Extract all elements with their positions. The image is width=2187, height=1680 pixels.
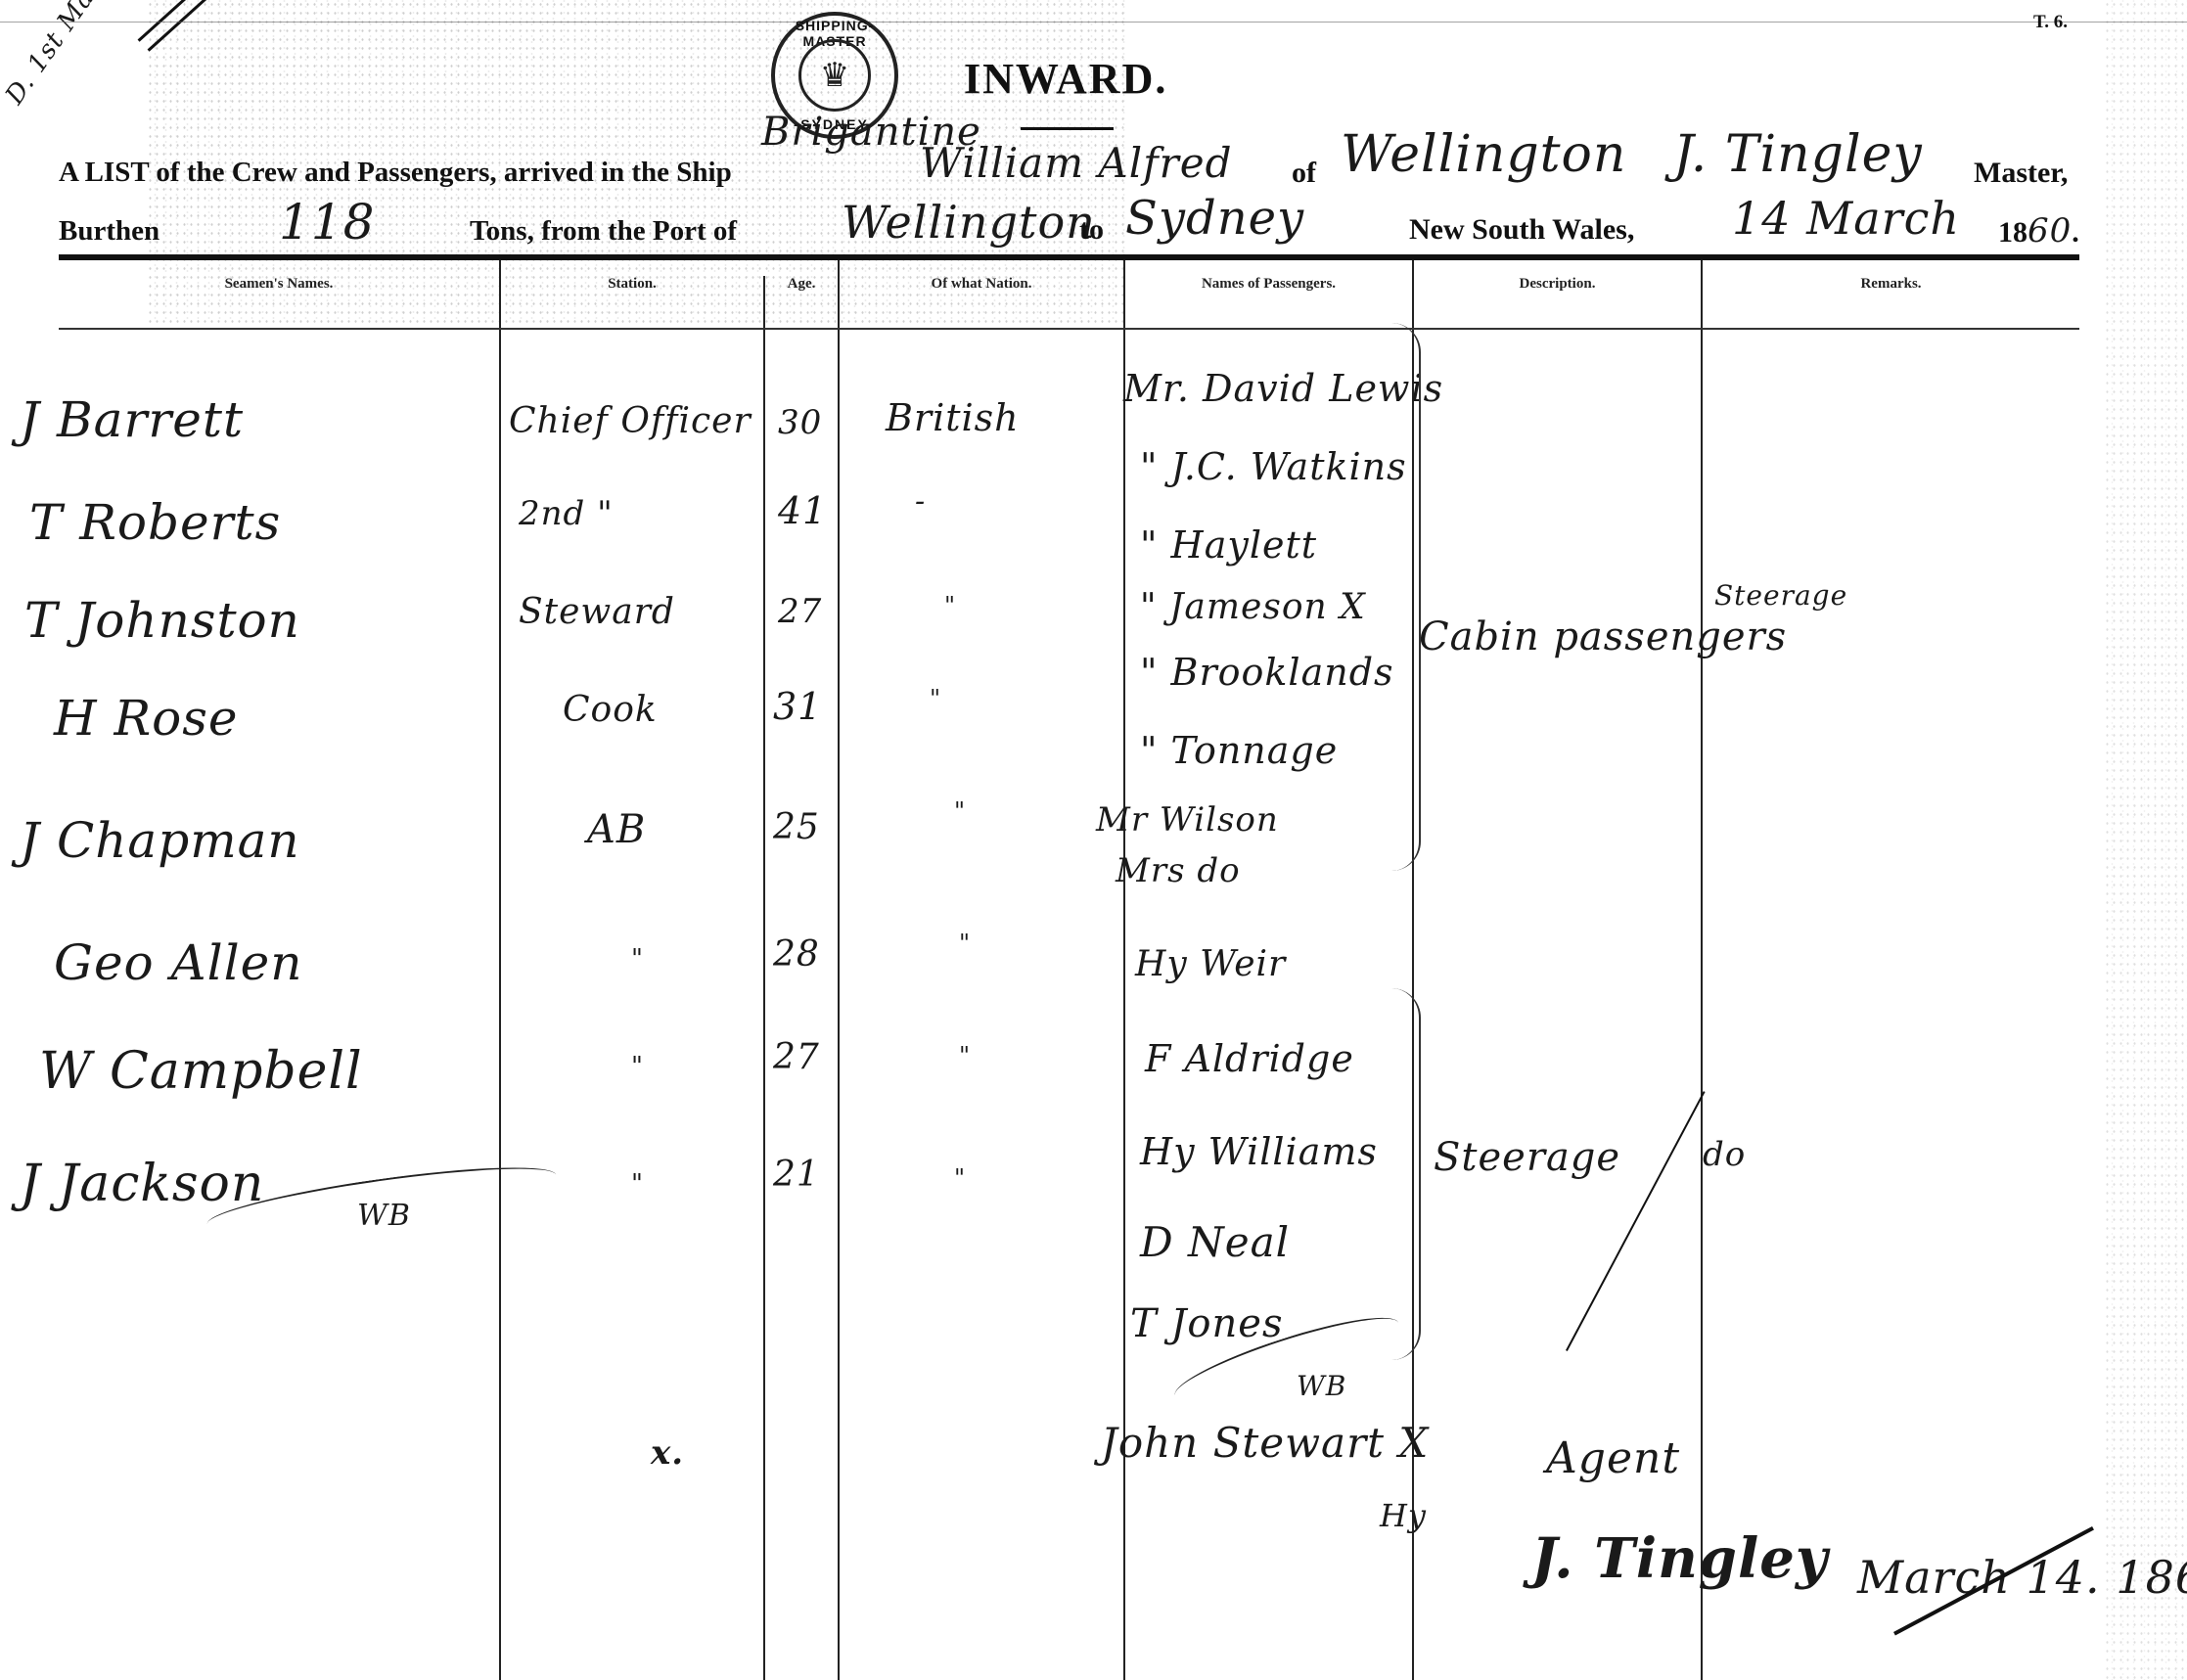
- top-dashed-line: [0, 22, 2187, 23]
- description-steerage: Steerage: [1434, 1135, 1620, 1180]
- paper-speckle-right: [2104, 0, 2187, 1680]
- burthen-value: 118: [279, 194, 375, 250]
- passenger-name: Hy Williams: [1140, 1130, 1378, 1173]
- crew-age: 41: [778, 489, 827, 532]
- crew-age: 27: [773, 1037, 820, 1077]
- crew-station: ": [631, 944, 644, 974]
- crew-age: 27: [778, 592, 822, 631]
- passenger-name: F Aldridge: [1145, 1037, 1354, 1080]
- crew-age: 21: [773, 1155, 820, 1195]
- remarks-cabin: Steerage: [1714, 579, 1847, 612]
- year-suffix: .: [2072, 216, 2079, 249]
- crew-station: 2nd ": [519, 494, 614, 533]
- passenger-name: " Brooklands: [1140, 651, 1394, 694]
- header-thick-rule: [59, 254, 2079, 260]
- description-cabin: Cabin passengers: [1419, 614, 1787, 659]
- year-printed: 18: [1998, 216, 2028, 249]
- col-divider-station: [499, 260, 501, 1680]
- crew-name: Geo Allen: [54, 934, 302, 991]
- crew-nation: ": [959, 930, 971, 957]
- crew-age: 25: [773, 807, 820, 847]
- agent-signature-label: Agent: [1546, 1433, 1680, 1483]
- crew-station: AB: [587, 807, 646, 852]
- crew-name: J Barrett: [20, 391, 244, 448]
- col-header-passenger-names: Names of Passengers.: [1125, 276, 1412, 293]
- master-name: J. Tingley: [1673, 125, 1923, 184]
- passenger-name: " Jameson X: [1140, 587, 1366, 627]
- arrival-date: 14 March: [1732, 192, 1960, 245]
- crew-nation: -: [915, 484, 926, 519]
- of-label: of: [1292, 157, 1316, 190]
- crew-station: Cook: [563, 690, 658, 730]
- passenger-name: T Jones: [1130, 1301, 1283, 1346]
- stowaway-note: Hy: [1380, 1497, 1427, 1534]
- passenger-name: " J.C. Watkins: [1140, 445, 1407, 488]
- col-divider-nation: [838, 260, 840, 1680]
- burthen-label: Burthen: [59, 215, 159, 248]
- crew-nation: British: [886, 396, 1020, 439]
- crew-initials: WB: [357, 1199, 411, 1233]
- crew-station: ": [631, 1052, 644, 1081]
- col-divider-remarks: [1701, 260, 1703, 1680]
- col-header-age: Age.: [765, 276, 838, 293]
- col-header-nation: Of what Nation.: [840, 276, 1123, 293]
- crew-name: T Roberts: [29, 494, 281, 551]
- crew-age: 30: [778, 403, 822, 442]
- master-signature: J. Tingley: [1531, 1526, 1828, 1591]
- passenger-name: Hy Weir: [1135, 944, 1286, 984]
- crew-name: J Jackson: [20, 1155, 264, 1213]
- crew-nation: ": [954, 1164, 966, 1192]
- corner-slash-2: [148, 0, 215, 52]
- crew-age: 28: [773, 934, 820, 975]
- colony-label: New South Wales,: [1409, 213, 1634, 247]
- cabin-group-brace: [1390, 323, 1421, 871]
- passenger-name: " Haylett: [1140, 523, 1317, 567]
- passenger-name: Mr Wilson: [1096, 800, 1279, 840]
- crew-name: H Rose: [54, 690, 239, 747]
- remarks-steerage: do: [1703, 1135, 1746, 1174]
- corner-annotation: D. 1st March 1860: [0, 0, 171, 110]
- signature-stroke: [1566, 1091, 1706, 1351]
- col-header-description: Description.: [1414, 276, 1701, 293]
- crew-station: Chief Officer: [509, 401, 752, 441]
- home-port: Wellington: [1341, 125, 1626, 184]
- document-title: INWARD.: [964, 54, 1167, 104]
- column-header-underline: [59, 328, 2079, 330]
- passenger-initials: WB: [1297, 1370, 1346, 1402]
- crew-nation: ": [959, 1042, 971, 1069]
- ship-name: William Alfred: [920, 139, 1233, 187]
- stowaway-name: John Stewart X: [1101, 1419, 1429, 1467]
- to-label: to: [1079, 213, 1104, 247]
- year-handwritten: 60: [2028, 211, 2072, 250]
- col-divider-age: [763, 276, 765, 1680]
- passenger-name: Mrs do: [1116, 851, 1241, 890]
- from-port: Wellington: [842, 196, 1096, 249]
- signature-date: March 14. 1860: [1857, 1551, 2187, 1604]
- crew-station: Steward: [519, 592, 675, 632]
- crew-age: 31: [773, 685, 822, 728]
- crew-name: J Chapman: [20, 812, 300, 869]
- crew-nation: ": [954, 797, 966, 825]
- form-code: T. 6.: [2033, 12, 2068, 33]
- title-underline: [1021, 127, 1114, 130]
- crew-station: ": [631, 1169, 644, 1199]
- steerage-group-brace: [1390, 988, 1421, 1360]
- col-header-remarks: Remarks.: [1703, 276, 2079, 293]
- arrival-year: 1860.: [1998, 211, 2079, 250]
- crew-name: W Campbell: [39, 1042, 363, 1101]
- col-divider-passengers: [1123, 260, 1125, 1680]
- crew-nation: ": [930, 685, 941, 712]
- passenger-name: " Tonnage: [1140, 729, 1338, 772]
- col-header-station: Station.: [501, 276, 763, 293]
- master-label: Master,: [1974, 157, 2068, 190]
- crew-name: T Johnston: [24, 592, 300, 649]
- tons-label: Tons, from the Port of: [470, 215, 737, 248]
- margin-mark: x.: [651, 1433, 684, 1473]
- passenger-name: D Neal: [1140, 1218, 1290, 1266]
- crew-nation: ": [944, 592, 956, 619]
- header-line1-prefix: A LIST of the Crew and Passengers, arriv…: [59, 157, 732, 189]
- to-port: Sydney: [1125, 191, 1304, 246]
- col-header-seamen-names: Seamen's Names.: [59, 276, 499, 293]
- crown-icon: ♛: [798, 39, 871, 112]
